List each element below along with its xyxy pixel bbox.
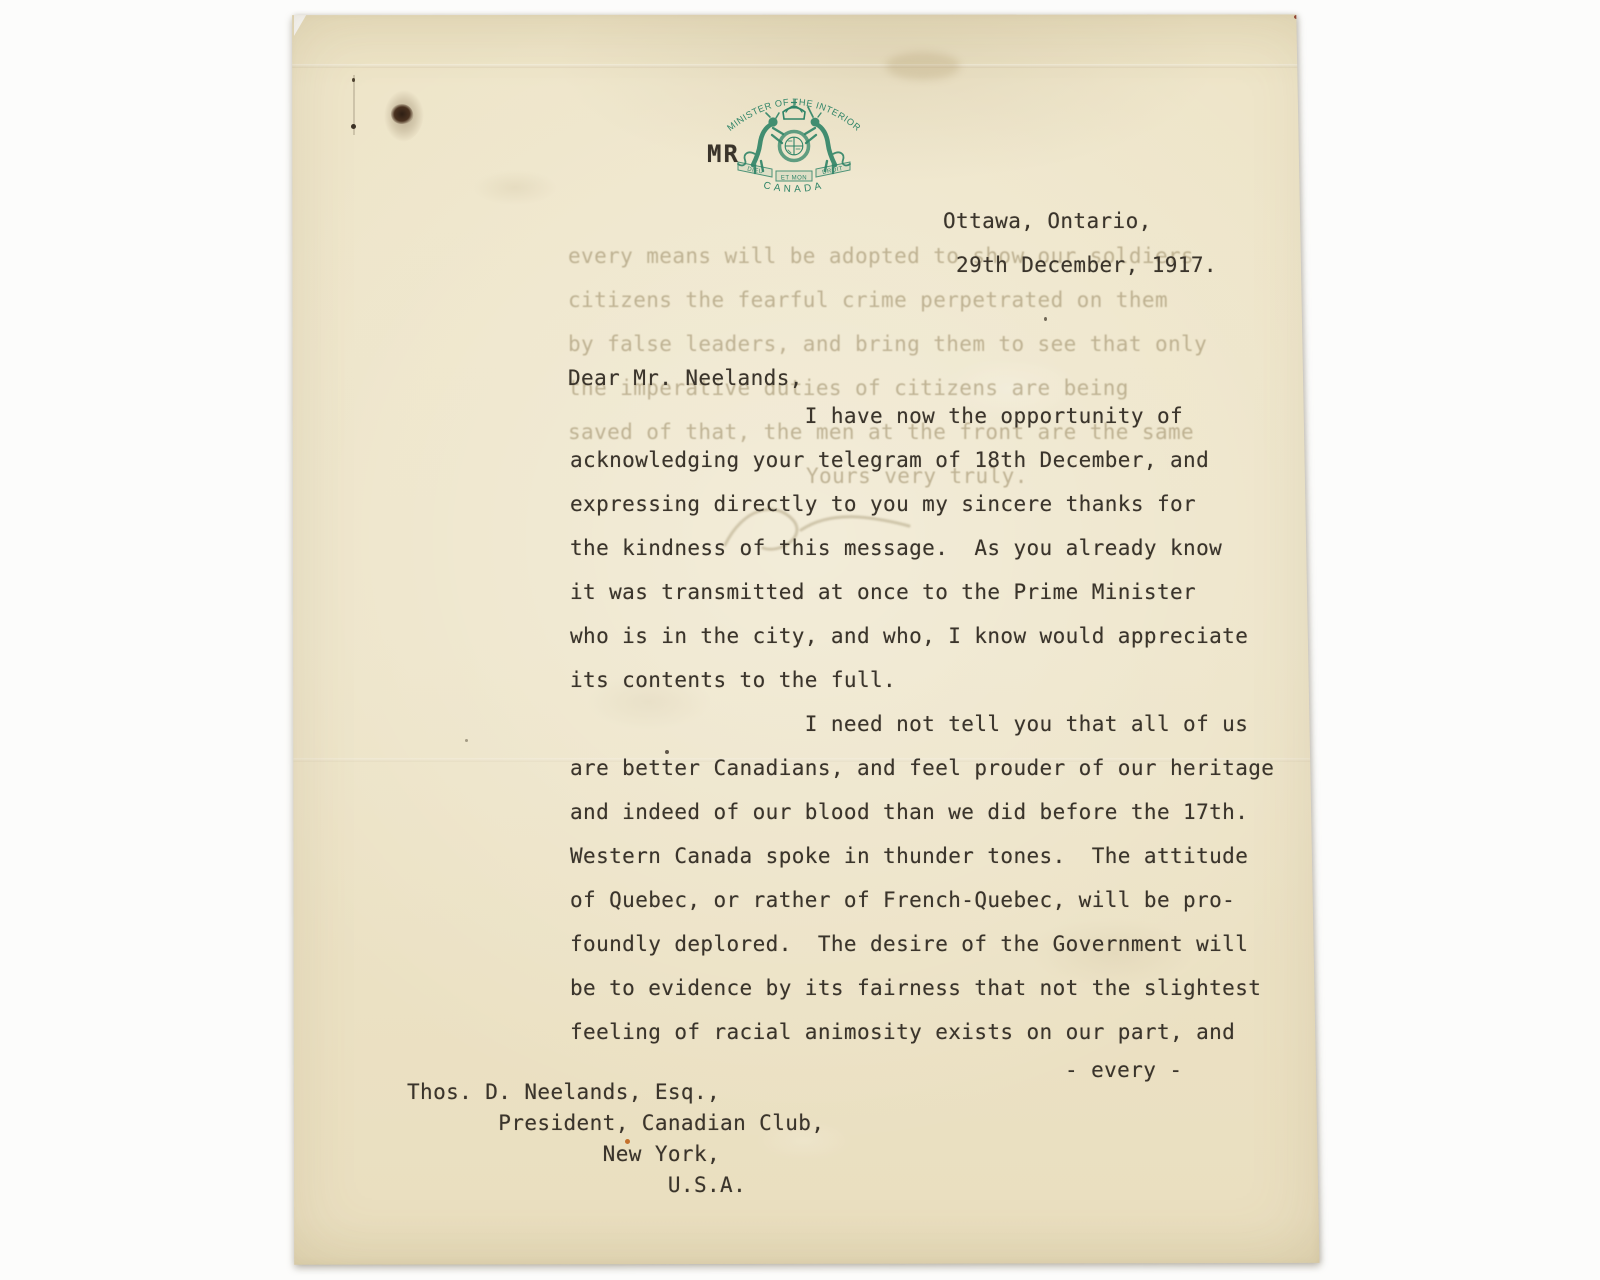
red-corner-speck (1294, 15, 1299, 19)
ink-speck (665, 750, 669, 754)
ink-speck (352, 78, 355, 82)
ghost-line: citizens the fearful crime perpetrated o… (568, 288, 1168, 312)
corner-fold (294, 12, 308, 36)
crest-country-text: CANADA (762, 180, 825, 195)
salutation: Dear Mr. Neelands, (568, 366, 803, 390)
ink-speck (465, 739, 468, 742)
continuation-marker: - every - (1065, 1058, 1182, 1082)
recipient-address: Thos. D. Neelands, Esq., President, Cana… (407, 1077, 824, 1201)
ghost-line: by false leaders, and bring them to see … (568, 332, 1207, 356)
fold-crease-top (288, 64, 1320, 68)
motto-center-text: ET MON (781, 176, 807, 182)
ink-speck (1044, 317, 1047, 321)
paper-smudge (886, 52, 960, 80)
letter-paper: every means will be adopted to show our … (288, 12, 1320, 1266)
orange-speck (625, 1139, 630, 1144)
dateline: Ottawa, Ontario, 29th December, 1917. (943, 199, 1217, 287)
coat-of-arms-crest: MINISTER OF THE INTERIOR CANADA (726, 84, 862, 204)
letter-body: I have now the opportunity of acknowledg… (570, 394, 1274, 1054)
shield-icon (780, 132, 809, 161)
file-mark: MR (707, 140, 740, 168)
ink-speck (351, 124, 356, 129)
scanned-letter: every means will be adopted to show our … (288, 12, 1320, 1266)
